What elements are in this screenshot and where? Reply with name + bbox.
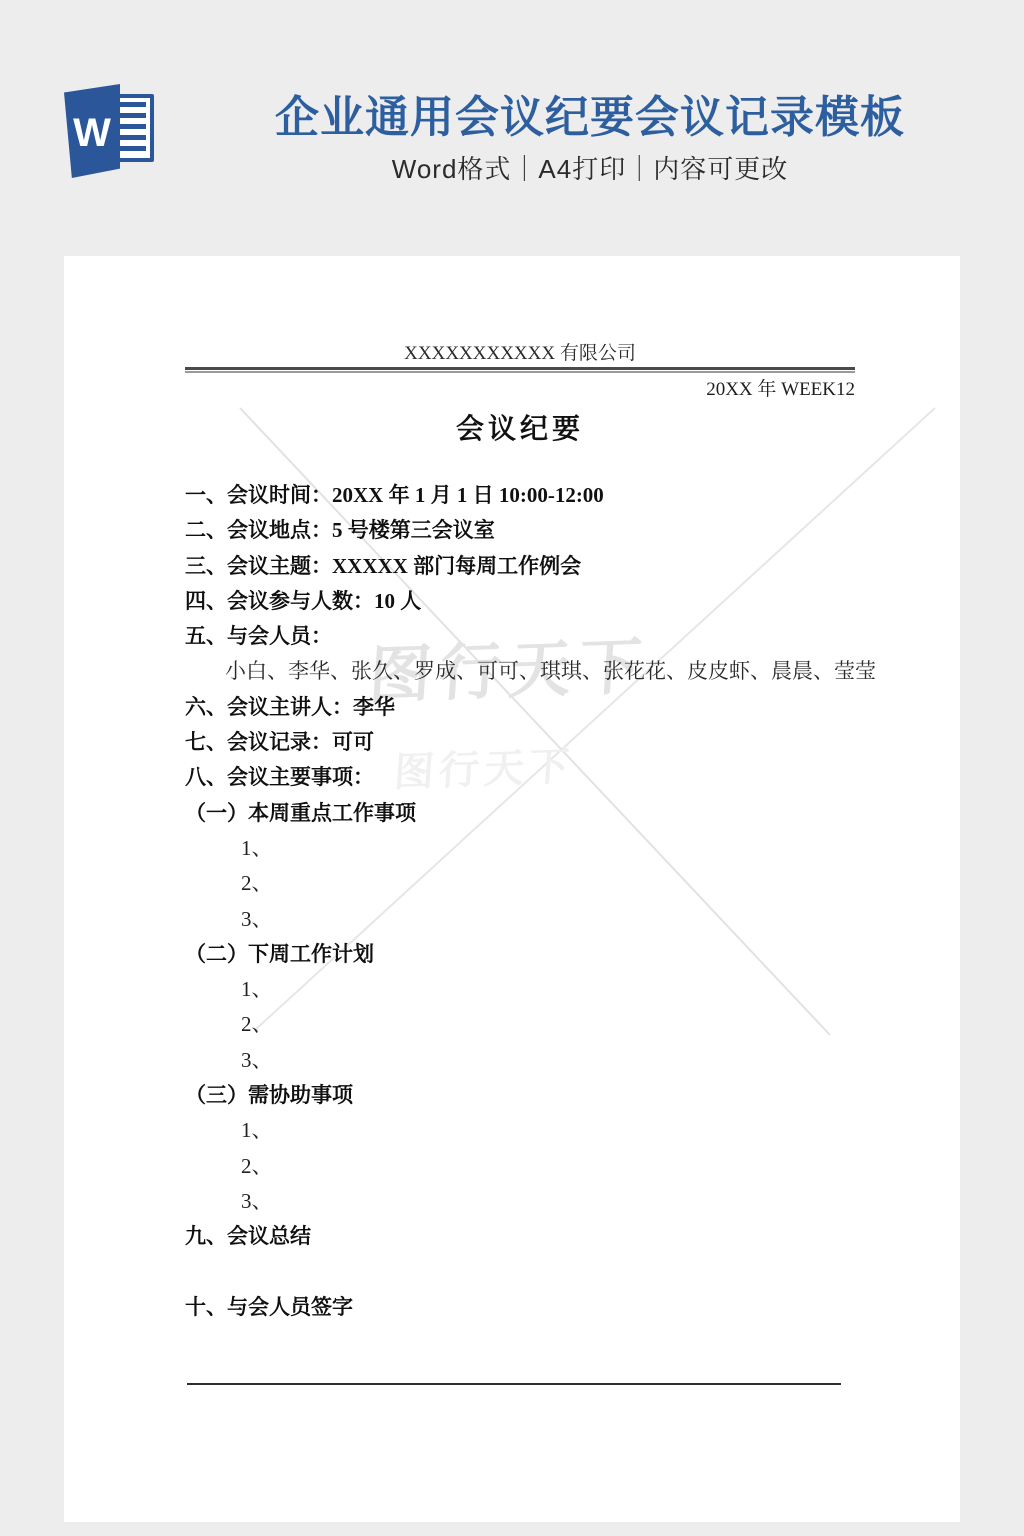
doc-row-main: 十、与会人员签字 bbox=[185, 1290, 855, 1325]
word-logo-icon: W bbox=[64, 84, 156, 178]
issue-label: 20XX 年 WEEK12 bbox=[185, 378, 855, 402]
doc-row-main: 七、会议记录：可可 bbox=[185, 725, 855, 760]
doc-row-num: 2、 bbox=[185, 1007, 855, 1042]
doc-row-main: 二、会议地点：5 号楼第三会议室 bbox=[185, 513, 855, 548]
doc-row-num: 3、 bbox=[185, 902, 855, 937]
doc-row-main: 九、会议总结 bbox=[185, 1219, 855, 1254]
template-title: 企业通用会议纪要会议记录模板 bbox=[190, 94, 990, 142]
doc-row-main: 八、会议主要事项： bbox=[185, 760, 855, 795]
doc-row-main: 四、会议参与人数：10 人 bbox=[185, 584, 855, 619]
word-flag-icon: W bbox=[64, 84, 120, 178]
company-name: XXXXXXXXXXX 有限公司 bbox=[185, 343, 855, 365]
document-rows: 一、会议时间：20XX 年 1 月 1 日 10:00-12:00二、会议地点：… bbox=[185, 478, 855, 1325]
doc-row-sub: （一）本周重点工作事项 bbox=[185, 796, 855, 831]
header-rule bbox=[185, 367, 855, 373]
doc-row-sub: （二）下周工作计划 bbox=[185, 937, 855, 972]
signature-line bbox=[187, 1383, 841, 1385]
banner: W 企业通用会议纪要会议记录模板 Word格式｜A4打印｜内容可更改 bbox=[0, 0, 1024, 255]
doc-row-main: 三、会议主题：XXXXX 部门每周工作例会 bbox=[185, 549, 855, 584]
doc-row-spacer bbox=[185, 1255, 855, 1290]
doc-row-main: 一、会议时间：20XX 年 1 月 1 日 10:00-12:00 bbox=[185, 478, 855, 513]
banner-text: 企业通用会议纪要会议记录模板 Word格式｜A4打印｜内容可更改 bbox=[190, 94, 990, 184]
template-preview-page: { "banner": { "title": "企业通用会议纪要会议记录模板",… bbox=[0, 0, 1024, 1536]
doc-row-attendees: 小白、李华、张久、罗成、可可、琪琪、张花花、皮皮虾、晨晨、莹莹 bbox=[185, 654, 855, 689]
document-page: 图行天下 图行天下 XXXXXXXXXXX 有限公司 20XX 年 WEEK12… bbox=[64, 256, 960, 1522]
document-title: 会议纪要 bbox=[185, 412, 855, 448]
doc-row-num: 3、 bbox=[185, 1184, 855, 1219]
doc-row-num: 2、 bbox=[185, 866, 855, 901]
doc-row-main: 六、会议主讲人：李华 bbox=[185, 690, 855, 725]
template-subtitle: Word格式｜A4打印｜内容可更改 bbox=[190, 154, 990, 184]
doc-row-num: 1、 bbox=[185, 1113, 855, 1148]
doc-row-num: 1、 bbox=[185, 972, 855, 1007]
doc-row-num: 2、 bbox=[185, 1149, 855, 1184]
doc-row-num: 3、 bbox=[185, 1043, 855, 1078]
doc-row-main: 五、与会人员： bbox=[185, 619, 855, 654]
doc-row-sub: （三）需协助事项 bbox=[185, 1078, 855, 1113]
word-document-lines-icon bbox=[120, 102, 146, 154]
doc-row-num: 1、 bbox=[185, 831, 855, 866]
word-letter: W bbox=[73, 109, 111, 153]
